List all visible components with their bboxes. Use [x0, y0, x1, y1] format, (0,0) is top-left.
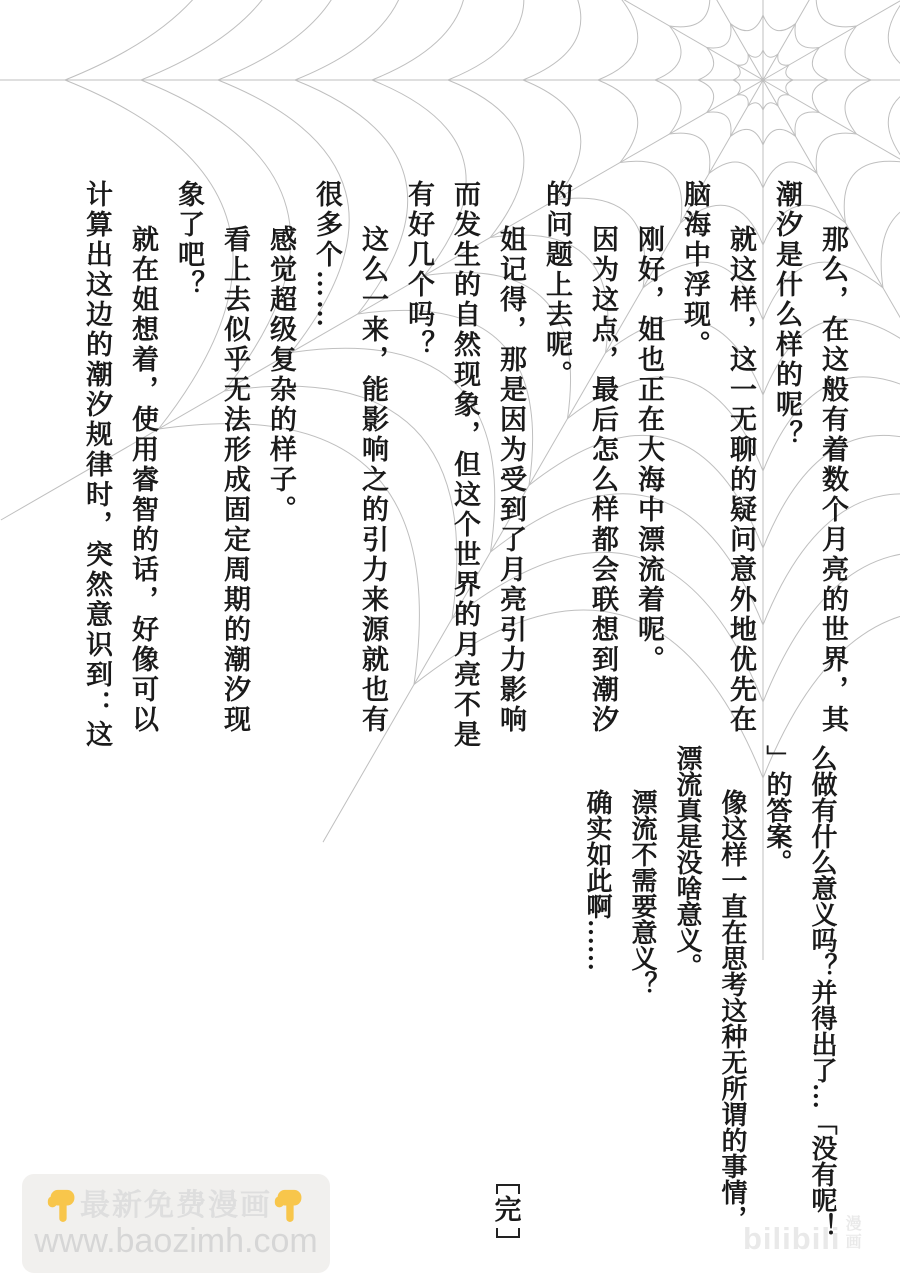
paragraph: 看上去似乎无法形成固定周期的潮汐现象了吧？ [166, 180, 258, 752]
end-mark-character: 完 [495, 1196, 522, 1226]
paragraph: 感觉超级复杂的样子。 [258, 180, 304, 752]
paragraph: 就这样，这一无聊的疑问意外地优先在脑海中浮现。 [672, 180, 764, 752]
paragraph: 刚好，姐也正在大海中漂流着呢。 [626, 180, 672, 752]
paragraph: 漂流不需要意义？ [620, 745, 665, 1243]
paragraph: 姐记得，那是因为受到了月亮引力影响而发生的自然现象，但这个世界的月亮不是有好几个… [396, 180, 534, 752]
watermark-title: 最新免费漫画 [80, 1190, 272, 1222]
paragraph: 像这样一直在思考这种无所谓的事情，漂流真是没啥意义。 [665, 745, 755, 1243]
paragraph: 那么，在这般有着数个月亮的世界，其潮汐是什么样的呢？ [764, 180, 856, 752]
end-mark: 完 [492, 1184, 524, 1238]
paragraph: 因为这点，最后怎么样都会联想到潮汐的问题上去呢。 [534, 180, 626, 752]
vertical-text-bottom-block: 么做有什么意义吗？并得出了…﹁没有呢！﹂的答案。 像这样一直在思考这种无所谓的事… [575, 745, 845, 1243]
manga-page: { "page": { "top_paragraphs": [ "那么，在这般有… [0, 0, 900, 1279]
watermark-title-row: 最新免费漫画 [46, 1187, 306, 1224]
paragraph: 么做有什么意义吗？并得出了…﹁没有呢！﹂的答案。 [755, 745, 845, 1243]
end-mark-bracket-bottom [496, 1228, 520, 1238]
watermark-url: www.baozimh.com [34, 1224, 317, 1260]
baozimh-watermark: 最新免费漫画 www.baozimh.com [22, 1174, 330, 1273]
vertical-text-top-block: 那么，在这般有着数个月亮的世界，其潮汐是什么样的呢？ 就这样，这一无聊的疑问意外… [74, 180, 856, 752]
pointing-down-hand-icon [46, 1187, 79, 1224]
end-mark-bracket-top [496, 1184, 520, 1194]
bilibili-logo: bilibili 漫 画 [743, 1216, 862, 1253]
paragraph: 确实如此啊…… [575, 745, 620, 1243]
pointing-down-hand-icon [273, 1187, 306, 1224]
paragraph: 就在姐想着，使用睿智的话，好像可以计算出这边的潮汐规律时，突然意识到：这 [74, 180, 166, 752]
bilibili-manga-label: 漫 画 [846, 1216, 862, 1253]
paragraph: 这么一来，能影响之的引力来源就也有很多个…… [304, 180, 396, 752]
bilibili-wordmark: bilibili [743, 1225, 841, 1253]
